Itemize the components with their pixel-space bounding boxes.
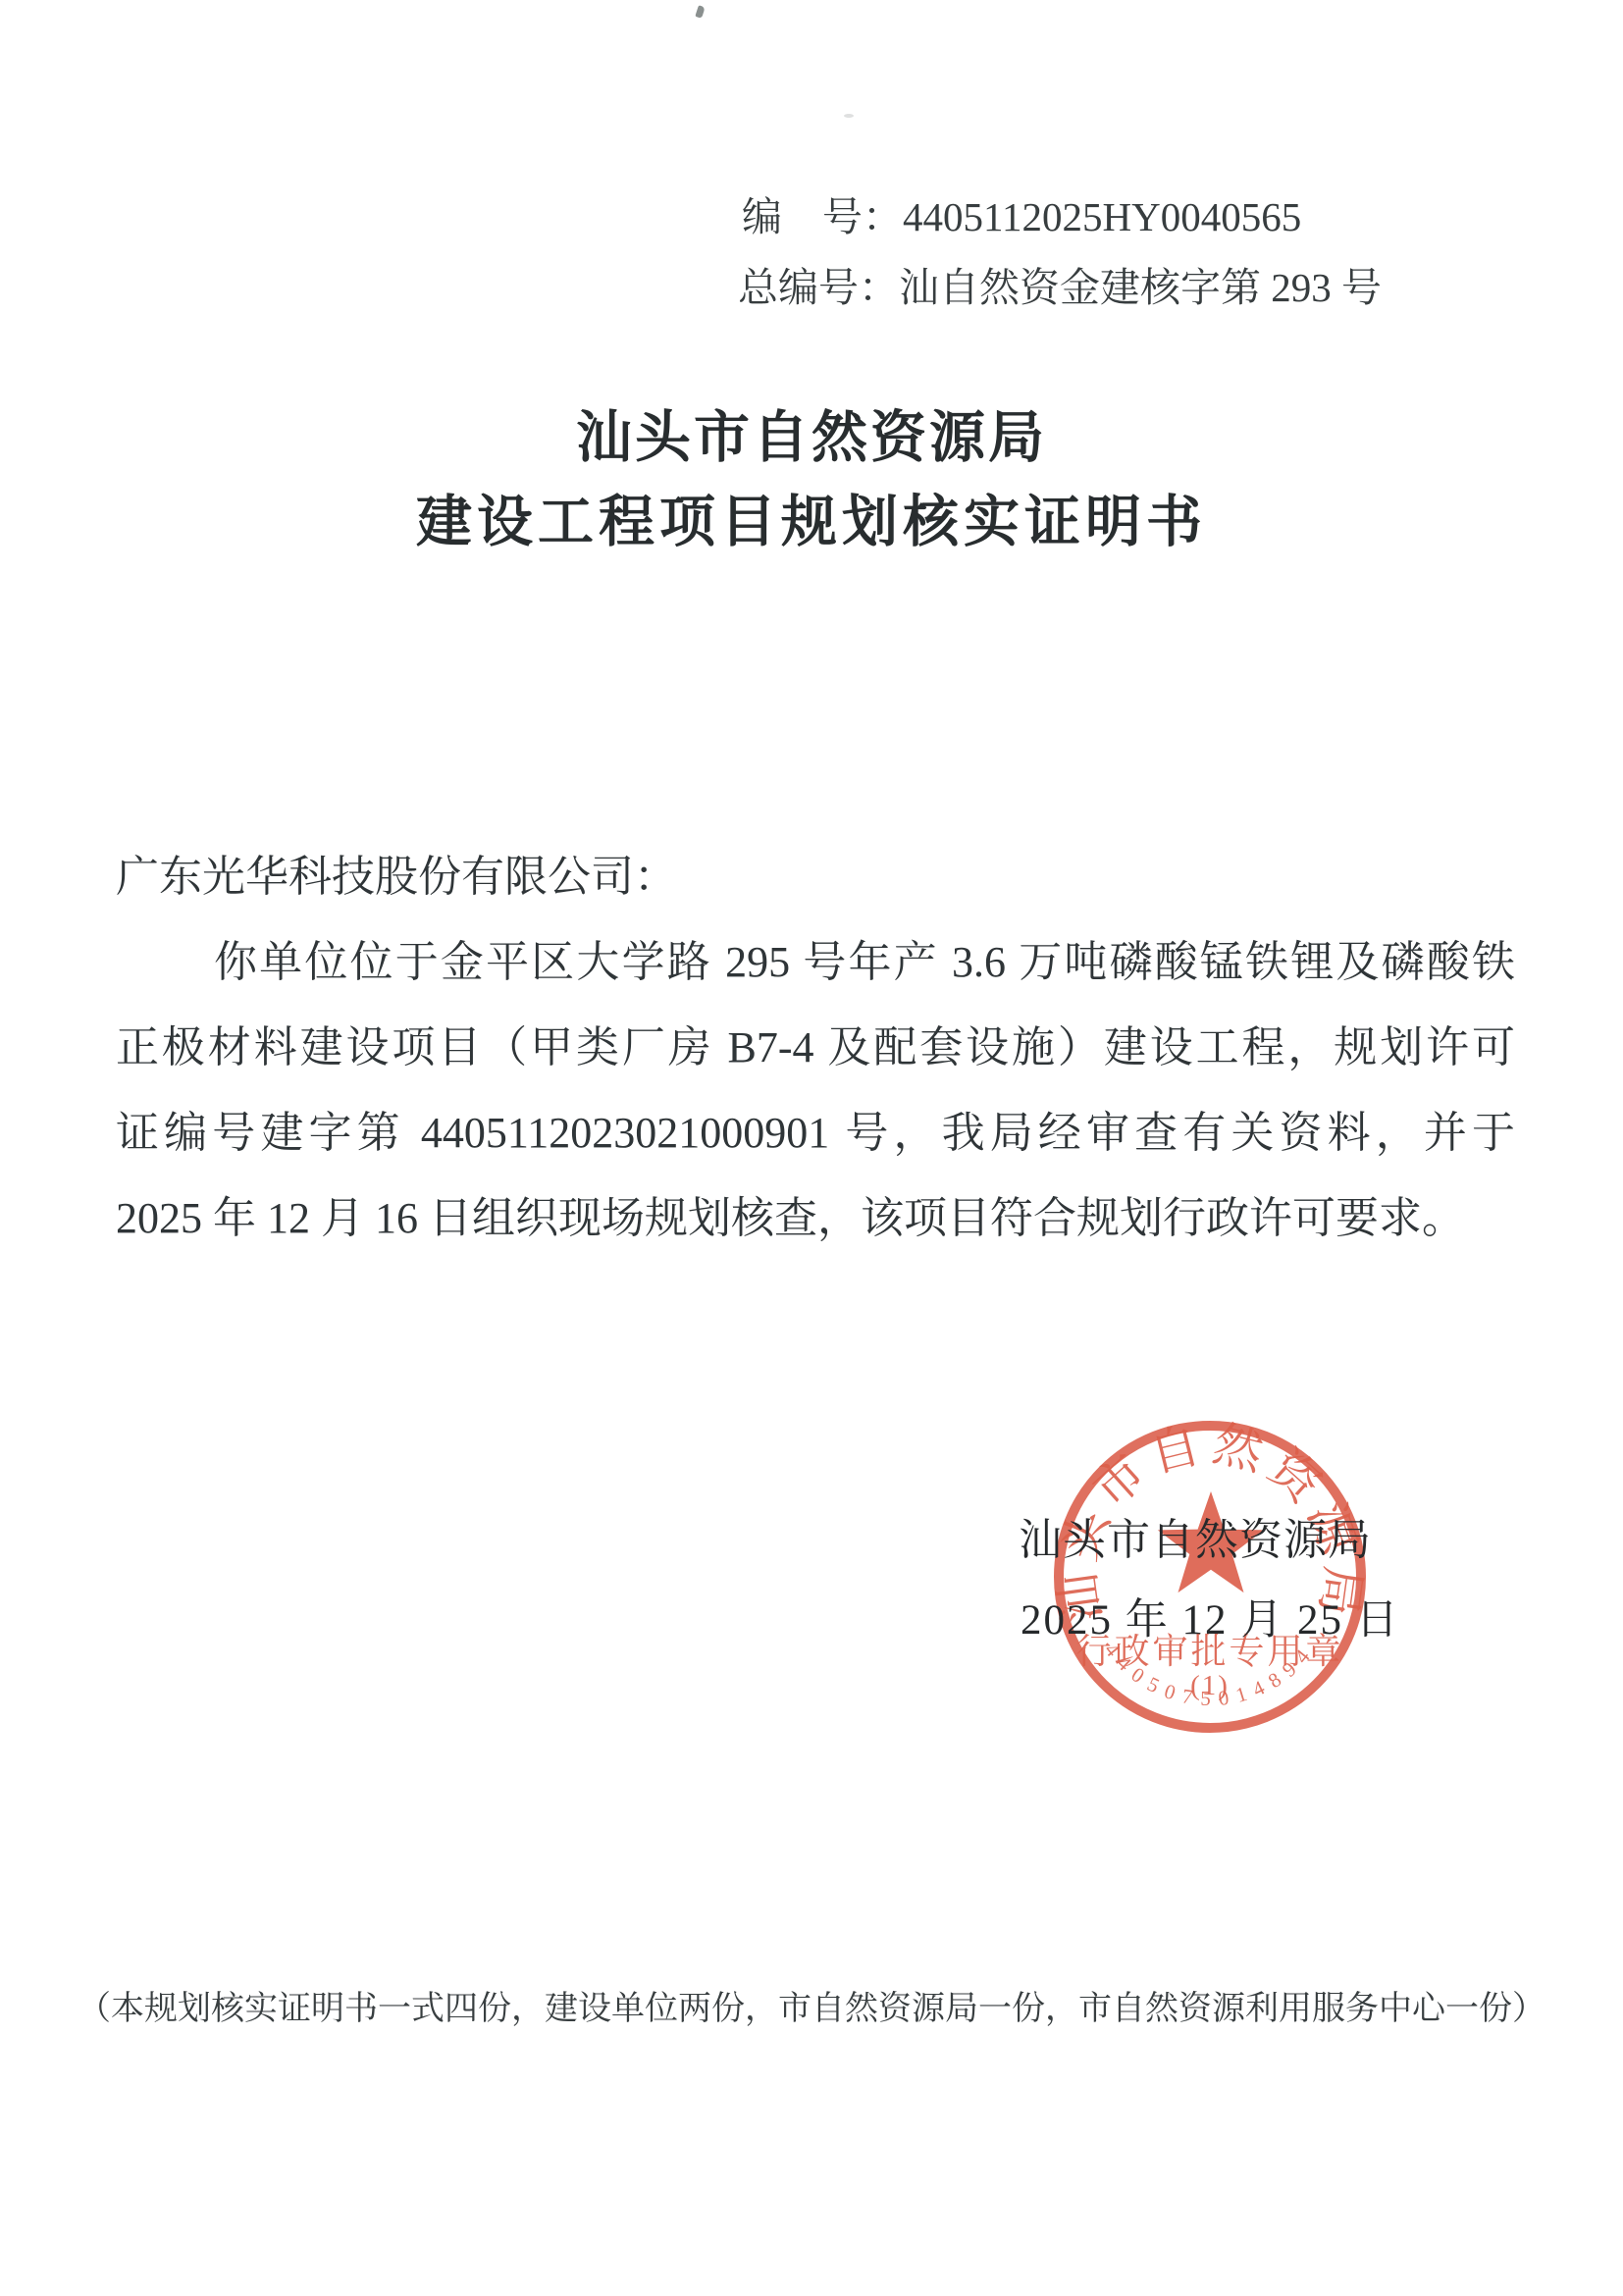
serial-value: 4405112025HY0040565 <box>903 194 1301 239</box>
body-line: 证编号建字第 4405112023021000901 号，我局经审查有关资料，并… <box>116 1090 1515 1175</box>
footer-distribution-note: （本规划核实证明书一式四份，建设单位两份，市自然资源局一份，市自然资源利用服务中… <box>0 1986 1623 2033</box>
master-serial-label: 总编号： <box>738 265 899 310</box>
official-seal-stamp: 汕头市自然资源局 行政审批专用章 (1) 4405075014894 <box>1033 1400 1387 1753</box>
document-page: 编 号：4405112025HY0040565 总编号：汕自然资金建核字第 29… <box>0 0 1623 2296</box>
title-issuer: 汕头市自然资源局 <box>0 406 1623 471</box>
document-title: 汕头市自然资源局 建设工程项目规划核实证明书 <box>0 406 1623 555</box>
master-serial-value: 汕自然资金建核字第 293 号 <box>899 265 1382 310</box>
signature-date: 2025 年 12 月 25 日 <box>1021 1595 1400 1646</box>
recipient-salutation: 广东光华科技股份有限公司： <box>116 834 1515 919</box>
serial-number-line: 编 号：4405112025HY0040565 <box>742 192 1301 241</box>
document-body: 广东光华科技股份有限公司： 你单位位于金平区大学路 295 号年产 3.6 万吨… <box>116 834 1515 1261</box>
master-serial-line: 总编号：汕自然资金建核字第 293 号 <box>738 263 1382 312</box>
signature-org: 汕头市自然资源局 <box>1019 1515 1372 1566</box>
scan-speck <box>695 5 705 19</box>
body-line: 正极材料建设项目（甲类厂房 B7-4 及配套设施）建设工程，规划许可 <box>116 1005 1515 1090</box>
body-line: 2025 年 12 月 16 日组织现场规划核查，该项目符合规划行政许可要求。 <box>116 1175 1515 1261</box>
body-line: 你单位位于金平区大学路 295 号年产 3.6 万吨磷酸锰铁锂及磷酸铁 <box>116 919 1515 1005</box>
scan-speck <box>844 114 854 118</box>
serial-label: 编 号： <box>742 194 903 239</box>
title-certificate-name: 建设工程项目规划核实证明书 <box>0 491 1623 555</box>
